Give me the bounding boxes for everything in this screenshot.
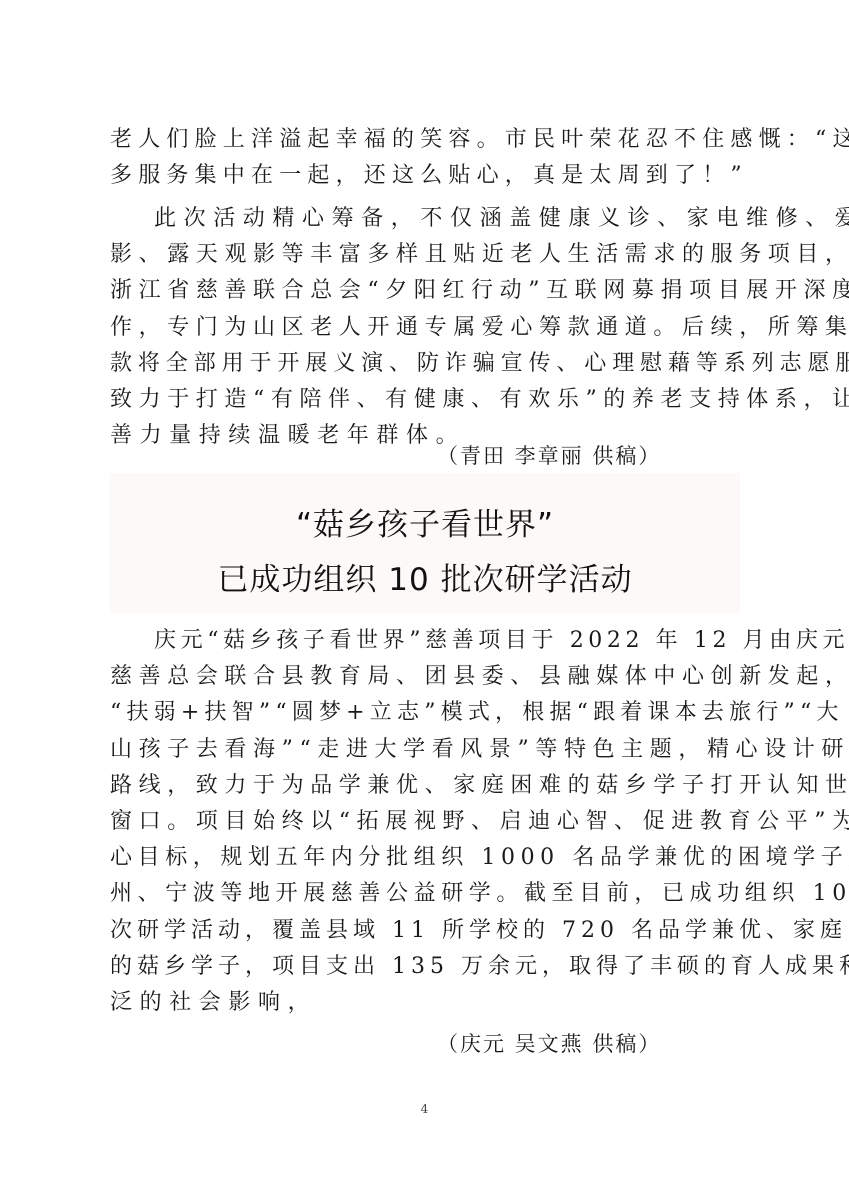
text-line: 作，专门为山区老人开通专属爱心筹款通道。后续，所筹集的善 (110, 310, 742, 346)
text-line: 慈善总会联合县教育局、团县委、县融媒体中心创新发起，秉持 (110, 659, 742, 695)
text-line: 窗口。项目始终以“拓展视野、启迪心智、促进教育公平”为核 (110, 804, 742, 840)
text-line: 州、宁波等地开展慈善公益研学。截至目前，已成功组织 10 批 (110, 876, 742, 912)
text-line: 的菇乡学子，项目支出 135 万余元，取得了丰硕的育人成果和广 (110, 949, 742, 985)
page-number: 4 (0, 1102, 849, 1116)
text-line: 多服务集中在一起，还这么贴心，真是太周到了！” (110, 158, 742, 194)
text-line: 浙江省慈善联合总会“夕阳红行动”互联网募捐项目展开深度合 (110, 273, 742, 309)
text-line: 此次活动精心筹备，不仅涵盖健康义诊、家电维修、爱心摄 (110, 201, 742, 237)
article2-title-line-1: “菇乡孩子看世界” (110, 499, 740, 544)
text-line: “扶弱+扶智”“圆梦+立志”模式，根据“跟着课本去旅行”“大 (110, 695, 742, 731)
text-line: 老人们脸上洋溢起幸福的笑容。市民叶荣花忍不住感慨：“这么 (110, 122, 742, 158)
text-line: 泛的社会影响， (110, 985, 742, 1021)
text-line: 路线，致力于为品学兼优、家庭困难的菇乡学子打开认知世界的 (110, 768, 742, 804)
article1-continued-paragraph: 老人们脸上洋溢起幸福的笑容。市民叶荣花忍不住感慨：“这么 多服务集中在一起，还这… (110, 122, 742, 194)
text-line: 致力于打造“有陪伴、有健康、有欢乐”的养老支持体系，让慈 (110, 382, 742, 418)
text-line: 庆元“菇乡孩子看世界”慈善项目于 2022 年 12 月由庆元县 (110, 623, 742, 659)
document-page: 老人们脸上洋溢起幸福的笑容。市民叶荣花忍不住感慨：“这么 多服务集中在一起，还这… (0, 0, 849, 1200)
text-line: 影、露天观影等丰富多样且贴近老人生活需求的服务项目，还与 (110, 237, 742, 273)
article2-title-block: “菇乡孩子看世界” 已成功组织 10 批次研学活动 (110, 473, 740, 614)
text-line: 山孩子去看海”“走进大学看风景”等特色主题，精心设计研学 (110, 732, 742, 768)
text-line: 心目标，规划五年内分批组织 1000 名品学兼优的困境学子赴杭 (110, 840, 742, 876)
text-line: 款将全部用于开展义演、防诈骗宣传、心理慰藉等系列志愿服务， (110, 346, 742, 382)
article2-paragraph: 庆元“菇乡孩子看世界”慈善项目于 2022 年 12 月由庆元县 慈善总会联合县… (110, 623, 742, 1021)
article2-title-line-2: 已成功组织 10 批次研学活动 (110, 554, 740, 599)
article2-credit: （庆元 吴文燕 供稿） (437, 1028, 661, 1058)
text-line: 次研学活动，覆盖县域 11 所学校的 720 名品学兼优、家庭困难 (110, 913, 742, 949)
article1-credit: （青田 李章丽 供稿） (437, 440, 661, 470)
article1-paragraph-2: 此次活动精心筹备，不仅涵盖健康义诊、家电维修、爱心摄 影、露天观影等丰富多样且贴… (110, 201, 742, 454)
